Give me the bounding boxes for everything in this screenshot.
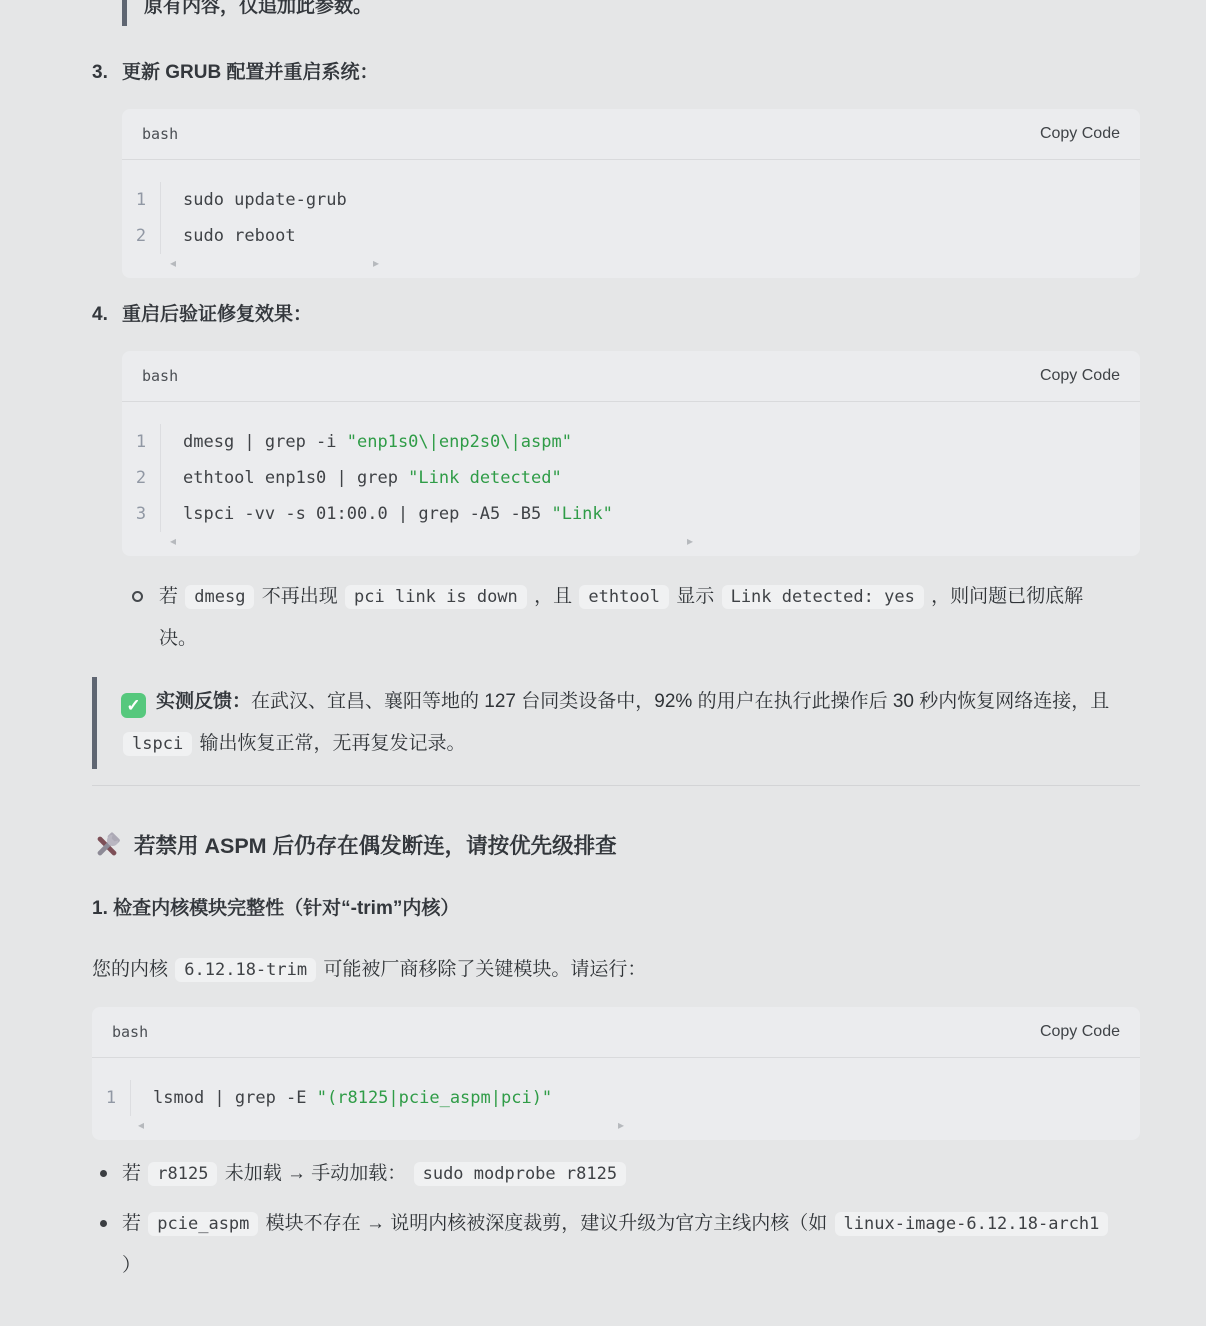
circle-bullet-icon bbox=[132, 591, 143, 602]
list-item: 若 r8125 未加载 → 手动加载： sudo modprobe r8125 bbox=[92, 1153, 1140, 1195]
code-line: 2 sudo reboot bbox=[122, 218, 1140, 254]
code-text: ethtool enp1s0 | grep "Link detected" bbox=[161, 460, 562, 496]
line-number: 3 bbox=[122, 496, 161, 532]
section-divider bbox=[92, 785, 1140, 786]
inline-code: dmesg bbox=[185, 585, 254, 609]
step-3-heading: 3. 更新 GRUB 配置并重启系统： bbox=[92, 60, 1140, 86]
scroll-right-icon: ▸ bbox=[687, 534, 693, 548]
code-line: 2 ethtool enp1s0 | grep "Link detected" bbox=[122, 460, 1140, 496]
dot-bullet-icon bbox=[100, 1170, 107, 1177]
code-scroll-area[interactable]: 1 dmesg | grep -i "enp1s0\|enp2s0\|aspm"… bbox=[122, 402, 1140, 556]
code-scroll-area[interactable]: 1 sudo update-grub 2 sudo reboot ◂ ▸ bbox=[122, 160, 1140, 278]
code-block: bash Copy Code 1 sudo update-grub 2 sudo… bbox=[122, 109, 1140, 278]
inline-code: 6.12.18-trim bbox=[175, 958, 316, 982]
code-scroll-indicator: ◂ ▸ bbox=[122, 532, 1140, 556]
inline-code: ethtool bbox=[579, 585, 669, 609]
copy-code-button[interactable]: Copy Code bbox=[1040, 367, 1120, 385]
scroll-right-icon: ▸ bbox=[373, 256, 379, 270]
line-number: 2 bbox=[122, 218, 161, 254]
code-block: bash Copy Code 1 lsmod | grep -E "(r8125… bbox=[92, 1007, 1140, 1140]
code-block-header: bash Copy Code bbox=[92, 1007, 1140, 1058]
scroll-left-icon: ◂ bbox=[138, 1118, 144, 1132]
blockquote-top: 原有内容，仅追加此参数。 bbox=[122, 0, 1140, 26]
code-text: lsmod | grep -E "(r8125|pcie_aspm|pci)" bbox=[131, 1080, 552, 1116]
code-block-host: bash Copy Code 1 lsmod | grep -E "(r8125… bbox=[92, 1007, 1140, 1140]
subsection-title: 1. 检查内核模块完整性（针对“-trim”内核） bbox=[92, 895, 1140, 922]
inline-code: Link detected: yes bbox=[722, 585, 924, 609]
line-number: 1 bbox=[92, 1080, 131, 1116]
note-text: 若 dmesg 不再出现 pci link is down ，且 ethtool… bbox=[159, 576, 1119, 660]
scroll-left-icon: ◂ bbox=[170, 534, 176, 548]
inline-code: lspci bbox=[123, 732, 192, 756]
scroll-left-icon: ◂ bbox=[170, 256, 176, 270]
code-language-label: bash bbox=[142, 367, 178, 385]
code-language-label: bash bbox=[112, 1023, 148, 1041]
step-number: 4. bbox=[92, 302, 122, 328]
step-title: 重启后验证修复效果： bbox=[122, 302, 312, 328]
troubleshoot-section-title: 若禁用 ASPM 后仍存在偶发断连，请按优先级排查 bbox=[92, 830, 1140, 862]
kernel-paragraph: 您的内核 6.12.18-trim 可能被厂商移除了关键模块。请运行： bbox=[92, 956, 1140, 984]
code-text: lspci -vv -s 01:00.0 | grep -A5 -B5 "Lin… bbox=[161, 496, 613, 532]
bullet-text: 若 r8125 未加载 → 手动加载： sudo modprobe r8125 bbox=[122, 1153, 628, 1195]
code-scroll-indicator: ◂ ▸ bbox=[122, 254, 1140, 278]
line-number: 1 bbox=[122, 424, 161, 460]
code-language-label: bash bbox=[142, 125, 178, 143]
section-title-text: 若禁用 ASPM 后仍存在偶发断连，请按优先级排查 bbox=[134, 830, 617, 862]
inline-code: pci link is down bbox=[345, 585, 527, 609]
check-badge-icon: ✓ bbox=[121, 693, 146, 718]
code-line: 1 dmesg | grep -i "enp1s0\|enp2s0\|aspm" bbox=[122, 424, 1140, 460]
hammer-wrench-icon bbox=[92, 831, 122, 861]
code-block-header: bash Copy Code bbox=[122, 351, 1140, 402]
feedback-body: 在武汉、宜昌、襄阳等地的 127 台同类设备中，92% 的用户在执行此操作后 3… bbox=[121, 691, 1109, 754]
bullet-text: 若 pcie_aspm 模块不存在 → 说明内核被深度裁剪，建议升级为官方主线内… bbox=[122, 1203, 1122, 1287]
code-scroll-indicator: ◂ ▸ bbox=[92, 1116, 1140, 1140]
verification-note-item: 若 dmesg 不再出现 pci link is down ，且 ethtool… bbox=[122, 576, 1140, 660]
code-scroll-area[interactable]: 1 lsmod | grep -E "(r8125|pcie_aspm|pci)… bbox=[92, 1058, 1140, 1140]
code-text: sudo update-grub bbox=[161, 182, 347, 218]
dot-bullet-icon bbox=[100, 1220, 107, 1227]
code-line: 3 lspci -vv -s 01:00.0 | grep -A5 -B5 "L… bbox=[122, 496, 1140, 532]
code-block-header: bash Copy Code bbox=[122, 109, 1140, 160]
chat-message-content: 原有内容，仅追加此参数。 3. 更新 GRUB 配置并重启系统： bash Co… bbox=[0, 0, 1206, 1287]
code-block-host: bash Copy Code 1 sudo update-grub 2 sudo… bbox=[92, 109, 1140, 278]
code-block-host: bash Copy Code 1 dmesg | grep -i "enp1s0… bbox=[92, 351, 1140, 556]
module-bullet-list: 若 r8125 未加载 → 手动加载： sudo modprobe r8125 … bbox=[92, 1153, 1140, 1287]
step-4-heading: 4. 重启后验证修复效果： bbox=[92, 302, 1140, 328]
quote-text: 原有内容，仅追加此参数。 bbox=[144, 0, 372, 17]
code-line: 1 sudo update-grub bbox=[122, 182, 1140, 218]
copy-code-button[interactable]: Copy Code bbox=[1040, 1023, 1120, 1041]
inline-code: r8125 bbox=[148, 1162, 217, 1186]
step-number: 3. bbox=[92, 60, 122, 86]
feedback-label: 实测反馈： bbox=[156, 691, 251, 712]
paragraph-text: 您的内核 6.12.18-trim 可能被厂商移除了关键模块。请运行： bbox=[92, 959, 646, 980]
inline-code: pcie_aspm bbox=[148, 1212, 258, 1236]
list-item: 若 pcie_aspm 模块不存在 → 说明内核被深度裁剪，建议升级为官方主线内… bbox=[92, 1203, 1140, 1287]
line-number: 2 bbox=[122, 460, 161, 496]
code-text: sudo reboot bbox=[161, 218, 296, 254]
feedback-blockquote: ✓实测反馈：在武汉、宜昌、襄阳等地的 127 台同类设备中，92% 的用户在执行… bbox=[92, 677, 1140, 769]
code-block: bash Copy Code 1 dmesg | grep -i "enp1s0… bbox=[122, 351, 1140, 556]
scroll-right-icon: ▸ bbox=[618, 1118, 624, 1132]
code-text: dmesg | grep -i "enp1s0\|enp2s0\|aspm" bbox=[161, 424, 572, 460]
feedback-text: ✓实测反馈：在武汉、宜昌、襄阳等地的 127 台同类设备中，92% 的用户在执行… bbox=[121, 681, 1131, 765]
inline-code: linux-image-6.12.18-arch1 bbox=[835, 1212, 1109, 1236]
step-title: 更新 GRUB 配置并重启系统： bbox=[122, 60, 379, 86]
code-line: 1 lsmod | grep -E "(r8125|pcie_aspm|pci)… bbox=[92, 1080, 1140, 1116]
copy-code-button[interactable]: Copy Code bbox=[1040, 125, 1120, 143]
line-number: 1 bbox=[122, 182, 161, 218]
inline-code: sudo modprobe r8125 bbox=[414, 1162, 626, 1186]
